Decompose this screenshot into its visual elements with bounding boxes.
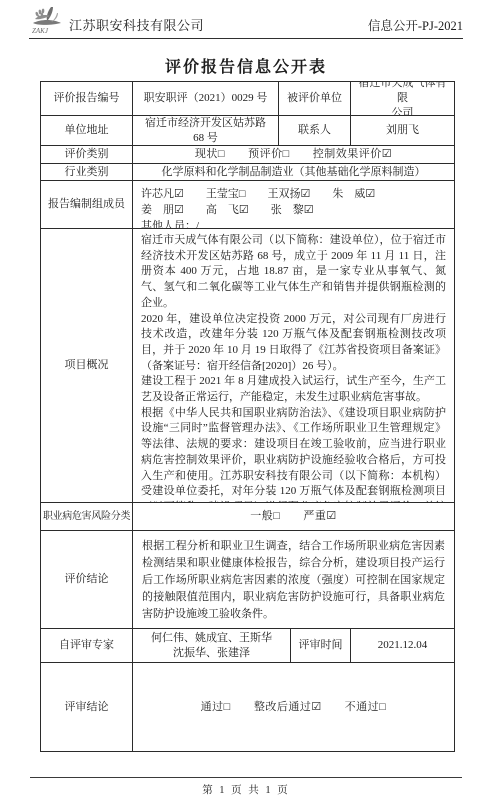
table-row-team: 报告编制组成员 许芯凡☑ 王莹宝□ 王双扬☑ 朱 威☑ 姜 朋☑ 高 飞☑ 张 … [41,181,454,229]
overview-paragraph-1: 宿迁市天成气体有限公司（以下简称：建设单位），位于宿迁市经济技术开发区姑苏路 6… [141,233,446,312]
logo-text: ZAKJ [32,27,49,35]
conclusion-text: 根据工程分析和职业卫生调查，结合工作场所职业病危害因素检测结果和职业健康体检报告… [133,531,454,628]
page-number: 第 1 页 共 1 页 [202,785,290,796]
contact-value: 刘朋飞 [351,116,454,145]
overview-text: 宿迁市天成气体有限公司（以下简称：建设单位），位于宿迁市经济技术开发区姑苏路 6… [133,229,454,502]
table-row-review: 评审结论 通过□ 整改后通过☑ 不通过□ [41,663,454,751]
overview-paragraph-4: 根据《中华人民共和国职业病防治法》、《建设项目职业病防护设施“三同时”监督管理办… [141,406,446,502]
review-time-label: 评审时间 [291,629,351,662]
category-label: 评价类别 [41,146,133,163]
address-value: 宿迁市经济开发区姑苏路 68 号 [133,116,279,145]
report-no-label: 评价报告编号 [41,82,133,115]
table-row-conclusion: 评价结论 根据工程分析和职业卫生调查，结合工作场所职业病危害因素检测结果和职业健… [41,531,454,629]
team-line-3: 其他人员：/ [141,218,199,228]
review-time-value: 2021.12.04 [351,629,454,662]
review-label: 评审结论 [41,663,133,751]
team-label: 报告编制组成员 [41,181,133,228]
industry-label: 行业类别 [41,164,133,180]
team-line-1: 许芯凡☑ 王莹宝□ 王双扬☑ 朱 威☑ [141,186,375,202]
page-title: 评价报告信息公开表 [0,54,492,77]
document-code: 信息公开-PJ-2021 [368,16,463,35]
company-logo-icon: ZAKJ [29,5,67,35]
industry-value: 化学原料和化学制品制造业（其他基础化学原料制造） [133,164,454,180]
risk-checkboxes: 一般□ 严重☑ [133,503,454,530]
table-row-overview: 项目概况 宿迁市天成气体有限公司（以下简称：建设单位），位于宿迁市经济技术开发区… [41,229,454,503]
category-checkboxes: 现状□ 预评价□ 控制效果评价☑ [133,146,454,163]
team-members: 许芯凡☑ 王莹宝□ 王双扬☑ 朱 威☑ 姜 朋☑ 高 飞☑ 张 黎☑ 其他人员：… [133,181,454,228]
table-row-report-no: 评价报告编号 职安职评（2021）0029 号 被评价单位 宿迁市天成气体有限 … [41,82,454,116]
info-table: 评价报告编号 职安职评（2021）0029 号 被评价单位 宿迁市天成气体有限 … [40,81,455,752]
table-row-experts: 自评审专家 何仁伟、姚成宜、王斯华 沈振华、张建泽 评审时间 2021.12.0… [41,629,454,663]
contact-label: 联系人 [279,116,351,145]
evaluated-unit-label: 被评价单位 [279,82,351,115]
report-no-value: 职安职评（2021）0029 号 [133,82,279,115]
conclusion-label: 评价结论 [41,531,133,628]
table-row-category: 评价类别 现状□ 预评价□ 控制效果评价☑ [41,146,454,164]
overview-label: 项目概况 [41,229,133,502]
table-row-address: 单位地址 宿迁市经济开发区姑苏路 68 号 联系人 刘朋飞 [41,116,454,146]
experts-names: 何仁伟、姚成宜、王斯华 沈振华、张建泽 [133,629,291,662]
review-checkboxes: 通过□ 整改后通过☑ 不通过□ [133,663,454,751]
table-row-industry: 行业类别 化学原料和化学制品制造业（其他基础化学原料制造） [41,164,454,181]
risk-label: 职业病危害风险分类 [41,503,133,530]
overview-paragraph-3: 建设工程于 2021 年 8 月建成投入试运行，试生产至今，生产工艺及设备正常运… [141,374,446,405]
page-header: ZAKJ 江苏职安科技有限公司 信息公开-PJ-2021 [29,0,463,39]
company-name: 江苏职安科技有限公司 [69,15,204,35]
team-line-2: 姜 朋☑ 高 飞☑ 张 黎☑ [141,202,314,218]
page-footer: 第 1 页 共 1 页 [30,777,462,797]
table-row-risk: 职业病危害风险分类 一般□ 严重☑ [41,503,454,531]
document-page: ZAKJ 江苏职安科技有限公司 信息公开-PJ-2021 评价报告信息公开表 评… [0,0,492,799]
overview-paragraph-2: 2020 年，建设单位决定投资 2000 万元，对公司现有厂房进行技术改造，改建… [141,312,446,375]
address-label: 单位地址 [41,116,133,145]
company-brand: ZAKJ 江苏职安科技有限公司 [29,5,204,35]
evaluated-unit-value: 宿迁市天成气体有限 公司 [351,82,454,115]
experts-label: 自评审专家 [41,629,133,662]
